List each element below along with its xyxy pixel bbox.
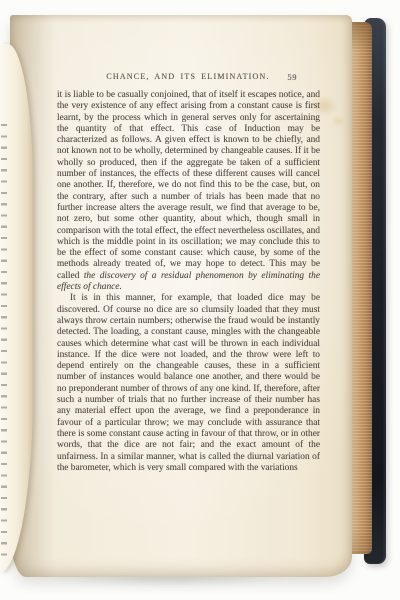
paragraph: it is liable to be casually conjoined, t… bbox=[57, 90, 320, 293]
page-body-text: it is liable to be casually conjoined, t… bbox=[57, 90, 320, 474]
book-photo: CHANCE, AND ITS ELIMINATION. 59 it is li… bbox=[0, 0, 400, 600]
running-head: CHANCE, AND ITS ELIMINATION. 59 bbox=[57, 72, 319, 84]
paragraph-text: It is in this manner, for example, that … bbox=[57, 293, 320, 472]
page-header-title: CHANCE, AND ITS ELIMINATION. bbox=[57, 72, 319, 81]
paragraph-text: it is liable to be casually conjoined, t… bbox=[57, 90, 320, 281]
paragraph: It is in this manner, for example, that … bbox=[57, 293, 320, 474]
foxing-stain bbox=[328, 114, 348, 128]
page-number: 59 bbox=[287, 72, 297, 82]
left-page-text-fragments bbox=[1, 124, 7, 562]
italic-phrase: the discovery of a residual phenomenon b… bbox=[57, 271, 320, 292]
